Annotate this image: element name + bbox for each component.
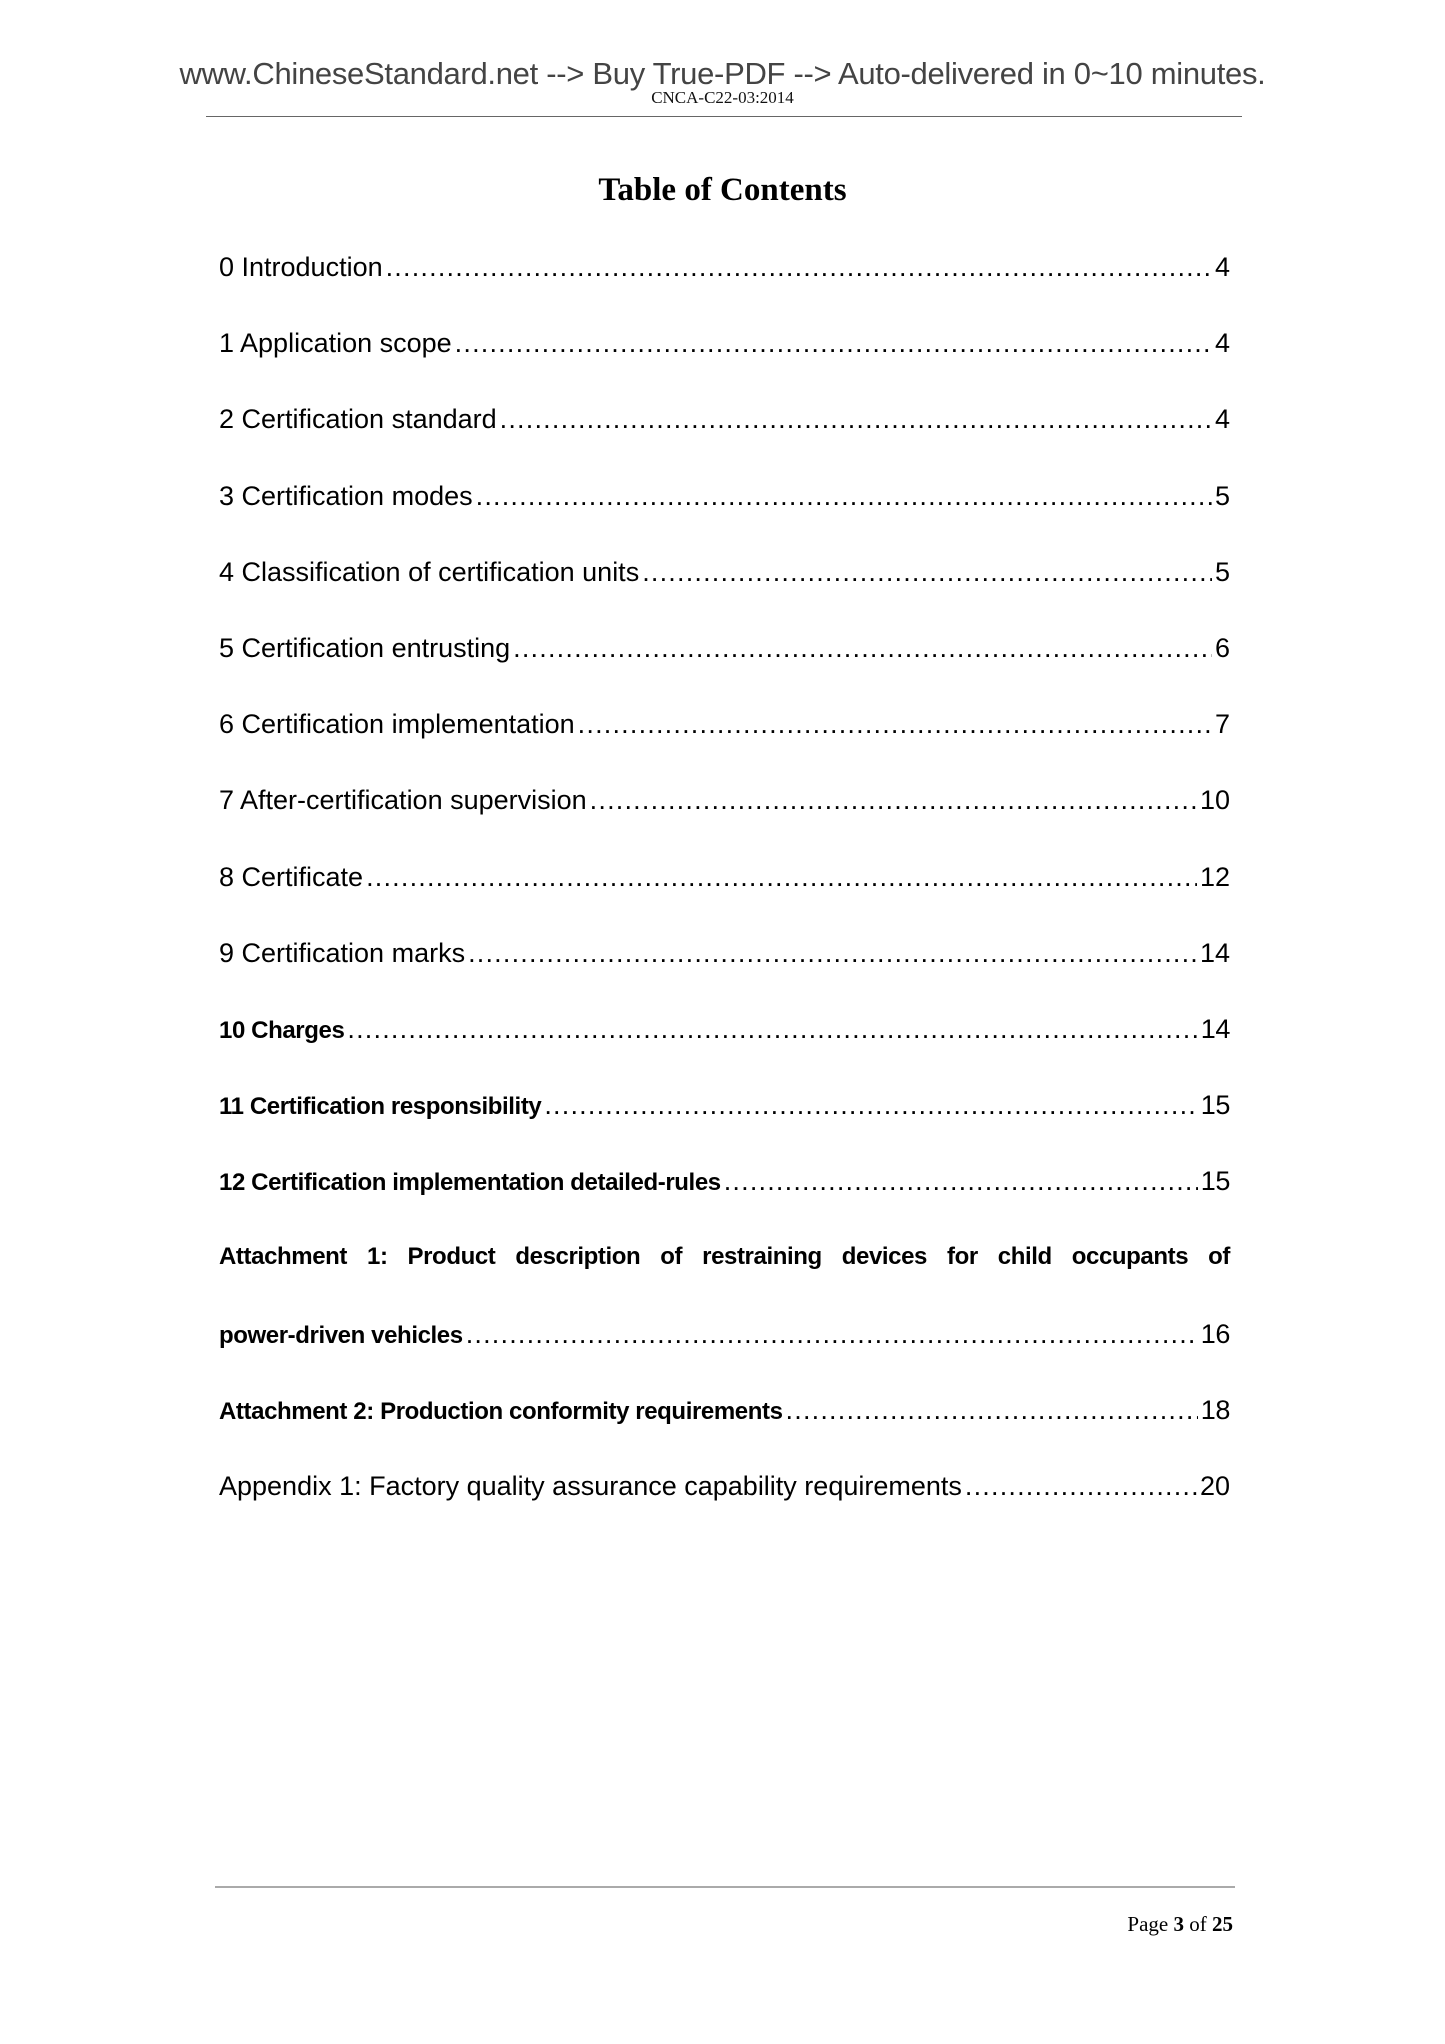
toc-entry-label: power-driven vehicles bbox=[219, 1322, 463, 1350]
dot-leader: ........................................… bbox=[466, 1319, 1198, 1350]
toc-entry-page: 14 bbox=[1200, 938, 1230, 969]
toc-entry-page: 4 bbox=[1215, 252, 1230, 283]
toc-entry-page: 16 bbox=[1201, 1319, 1230, 1350]
toc-entry-label: 12 Certification implementation detailed… bbox=[219, 1169, 721, 1197]
dot-leader: ........................................… bbox=[347, 1014, 1197, 1045]
toc-entry[interactable]: 1 Application scope.....................… bbox=[219, 328, 1230, 368]
toc-entry-label: 0 Introduction bbox=[219, 252, 383, 283]
dot-leader: ........................................… bbox=[965, 1471, 1197, 1502]
toc-entry-label: 7 After-certification supervision bbox=[219, 785, 587, 816]
toc-entry-label: 3 Certification modes bbox=[219, 481, 473, 512]
toc-entry[interactable]: 5 Certification entrusting..............… bbox=[219, 633, 1230, 673]
dot-leader: ........................................… bbox=[544, 1090, 1197, 1121]
toc-entry-page: 5 bbox=[1215, 557, 1230, 588]
toc-entry-page: 7 bbox=[1215, 709, 1230, 740]
toc-entry-page: 5 bbox=[1215, 481, 1230, 512]
page-title: Table of Contents bbox=[0, 172, 1445, 209]
dot-leader: ........................................… bbox=[476, 481, 1212, 512]
toc-entry[interactable]: 9 Certification marks...................… bbox=[219, 938, 1230, 978]
toc-entry-page: 14 bbox=[1201, 1014, 1230, 1045]
toc-entry-page: 15 bbox=[1201, 1090, 1230, 1121]
toc-entry-label: 4 Classification of certification units bbox=[219, 557, 639, 588]
dot-leader: ........................................… bbox=[455, 328, 1212, 359]
toc-entry[interactable]: 6 Certification implementation..........… bbox=[219, 709, 1230, 749]
toc-entry-page: 18 bbox=[1201, 1395, 1230, 1426]
total-pages: 25 bbox=[1212, 1912, 1233, 1936]
toc-entry-label: 8 Certificate bbox=[219, 862, 363, 893]
toc-entry-label: Appendix 1: Factory quality assurance ca… bbox=[219, 1471, 962, 1502]
toc-entry[interactable]: 3 Certification modes...................… bbox=[219, 481, 1230, 521]
toc-entry-label: 6 Certification implementation bbox=[219, 709, 575, 740]
dot-leader: ........................................… bbox=[642, 557, 1212, 588]
toc-entry-label: 1 Application scope bbox=[219, 328, 452, 359]
toc-entry[interactable]: 0 Introduction..........................… bbox=[219, 252, 1230, 292]
dot-leader: ........................................… bbox=[786, 1395, 1198, 1426]
toc-entry-page: 20 bbox=[1200, 1471, 1230, 1502]
footer-divider bbox=[215, 1886, 1235, 1888]
page-prefix: Page bbox=[1127, 1912, 1168, 1936]
toc-entry-continuation[interactable]: power-driven vehicles...................… bbox=[219, 1319, 1230, 1359]
dot-leader: ........................................… bbox=[513, 633, 1212, 664]
dot-leader: ........................................… bbox=[590, 785, 1197, 816]
toc-entry[interactable]: 8 Certificate...........................… bbox=[219, 862, 1230, 902]
toc-entry[interactable]: 11 Certification responsibility.........… bbox=[219, 1090, 1230, 1130]
dot-leader: ........................................… bbox=[386, 252, 1212, 283]
toc-entry[interactable]: 4 Classification of certification units.… bbox=[219, 557, 1230, 597]
toc-entry[interactable]: 10 Charges..............................… bbox=[219, 1014, 1230, 1054]
toc-entry-label: 5 Certification entrusting bbox=[219, 633, 510, 664]
header-divider bbox=[206, 116, 1242, 117]
toc-entry-page: 4 bbox=[1215, 404, 1230, 435]
toc-entry[interactable]: 12 Certification implementation detailed… bbox=[219, 1166, 1230, 1206]
toc-entry-label: 9 Certification marks bbox=[219, 938, 465, 969]
toc-entry[interactable]: 2 Certification standard................… bbox=[219, 404, 1230, 444]
toc-entry-page: 6 bbox=[1215, 633, 1230, 664]
toc-entry-label: Attachment 2: Production conformity requ… bbox=[219, 1398, 783, 1426]
toc-entry[interactable]: Attachment 1: Product description of res… bbox=[219, 1243, 1230, 1283]
dot-leader: ........................................… bbox=[500, 404, 1212, 435]
toc-entry-label: Attachment 1: Product description of res… bbox=[219, 1243, 1230, 1271]
dot-leader: ........................................… bbox=[468, 938, 1197, 969]
toc-entry-label: 10 Charges bbox=[219, 1017, 344, 1045]
toc-entry[interactable]: 7 After-certification supervision.......… bbox=[219, 785, 1230, 825]
dot-leader: ........................................… bbox=[366, 862, 1197, 893]
toc-entry[interactable]: Appendix 1: Factory quality assurance ca… bbox=[219, 1471, 1230, 1511]
toc-entry-label: 11 Certification responsibility bbox=[219, 1093, 541, 1121]
site-banner[interactable]: www.ChineseStandard.net --> Buy True-PDF… bbox=[0, 56, 1445, 92]
toc-entry-page: 10 bbox=[1200, 785, 1230, 816]
toc-entry-page: 15 bbox=[1201, 1166, 1230, 1197]
dot-leader: ........................................… bbox=[724, 1166, 1198, 1197]
toc-entry-label: 2 Certification standard bbox=[219, 404, 497, 435]
of-word: of bbox=[1189, 1912, 1207, 1936]
current-page: 3 bbox=[1174, 1912, 1185, 1936]
toc-entry[interactable]: Attachment 2: Production conformity requ… bbox=[219, 1395, 1230, 1435]
page-number: Page 3 of 25 bbox=[1127, 1912, 1233, 1937]
document-id: CNCA-C22-03:2014 bbox=[0, 88, 1445, 108]
dot-leader: ........................................… bbox=[578, 709, 1212, 740]
toc-entry-page: 12 bbox=[1200, 862, 1230, 893]
toc-entry-page: 4 bbox=[1215, 328, 1230, 359]
